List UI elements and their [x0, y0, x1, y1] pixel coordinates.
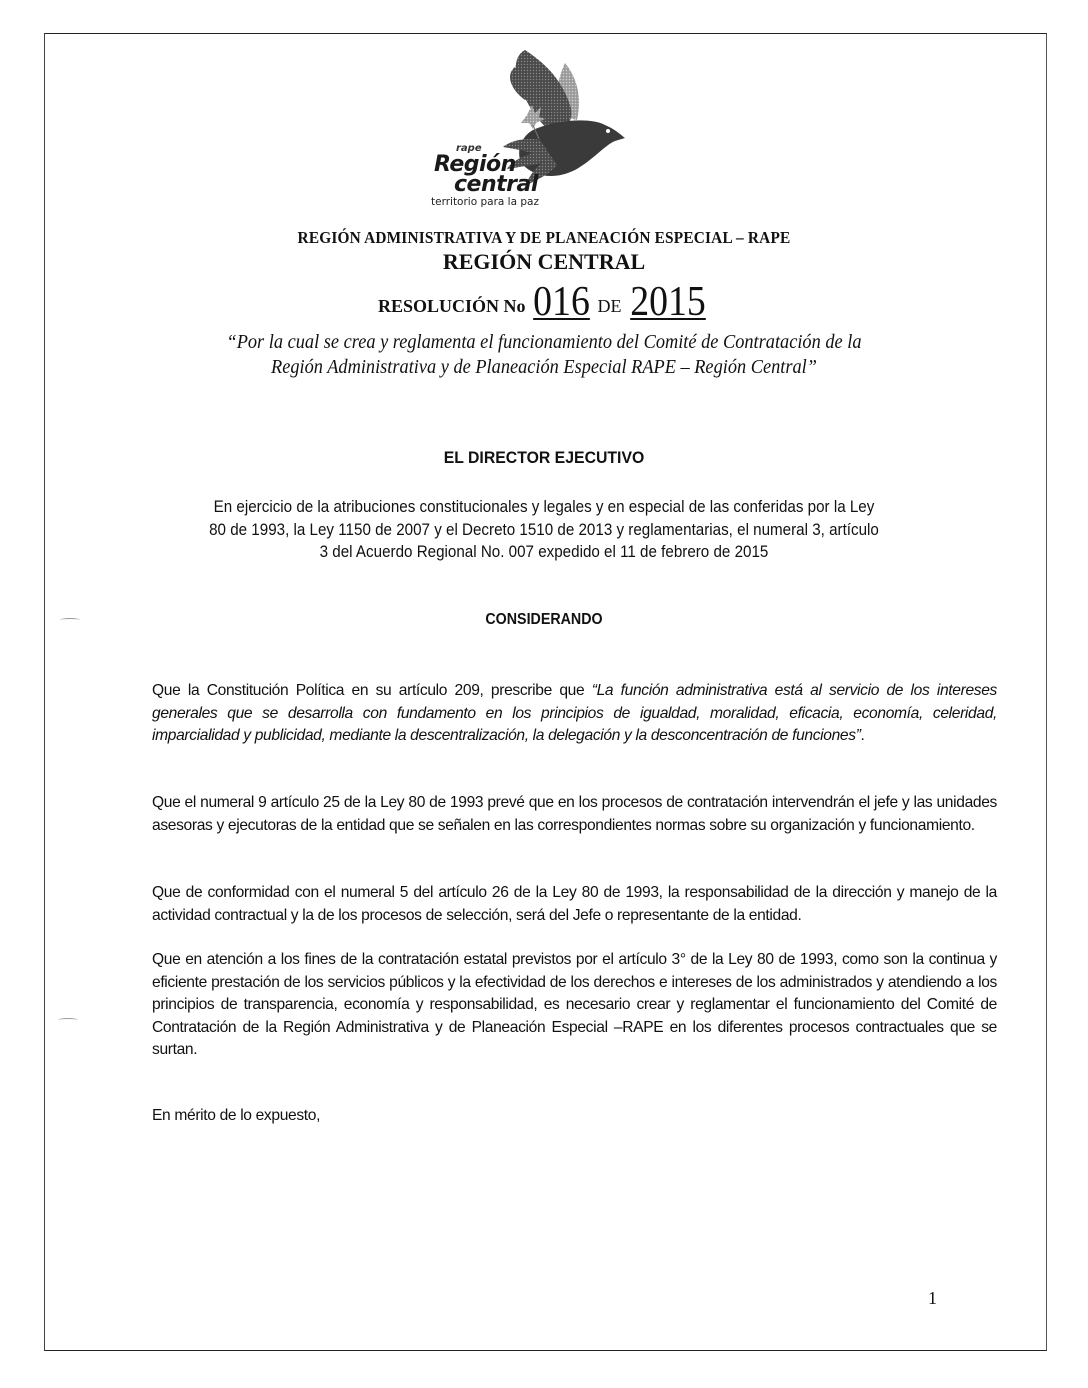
- section-heading: CONSIDERANDO: [44, 611, 1045, 629]
- closing-statement: En mérito de lo expuesto,: [152, 1107, 320, 1125]
- paragraph-lead: Que la Constitución Política en su artíc…: [152, 682, 592, 699]
- issuer-heading: EL DIRECTOR EJECUTIVO: [38, 448, 1050, 468]
- resolution-connector: DE: [598, 296, 622, 316]
- preamble: En ejercicio de la atribuciones constitu…: [44, 496, 1045, 564]
- preamble-line: 3 del Acuerdo Regional No. 007 expedido …: [44, 541, 1045, 564]
- logo-name-line2: central: [454, 174, 538, 196]
- logo-tagline: territorio para la paz: [431, 197, 539, 208]
- considerando-paragraph: Que el numeral 9 artículo 25 de la Ley 8…: [152, 792, 997, 837]
- preamble-line: En ejercicio de la atribuciones constitu…: [44, 496, 1045, 519]
- subject-line: “Por la cual se crea y reglamenta el fun…: [33, 330, 1056, 355]
- resolution-subject: “Por la cual se crea y reglamenta el fun…: [33, 330, 1056, 380]
- resolution-number: 016: [533, 278, 590, 326]
- considerando-paragraph: Que la Constitución Política en su artíc…: [152, 680, 997, 748]
- resolution-year: 2015: [630, 278, 706, 326]
- subject-line: Región Administrativa y de Planeación Es…: [33, 355, 1056, 380]
- scan-artifact-mark: [58, 1018, 78, 1022]
- paragraph-tail: .: [861, 727, 865, 744]
- organization-title: REGIÓN ADMINISTRATIVA Y DE PLANEACIÓN ES…: [38, 228, 1050, 248]
- page-number: 1: [928, 1288, 937, 1309]
- resolution-label: RESOLUCIÓN No: [378, 296, 526, 316]
- considerando-paragraph: Que de conformidad con el numeral 5 del …: [152, 882, 997, 927]
- considerando-paragraph: Que en atención a los fines de la contra…: [152, 949, 997, 1062]
- resolution-heading: RESOLUCIÓN No 016 DE 2015: [0, 278, 1088, 326]
- preamble-line: 80 de 1993, la Ley 1150 de 2007 y el Dec…: [44, 519, 1045, 542]
- organization-subtitle: REGIÓN CENTRAL: [0, 249, 1088, 275]
